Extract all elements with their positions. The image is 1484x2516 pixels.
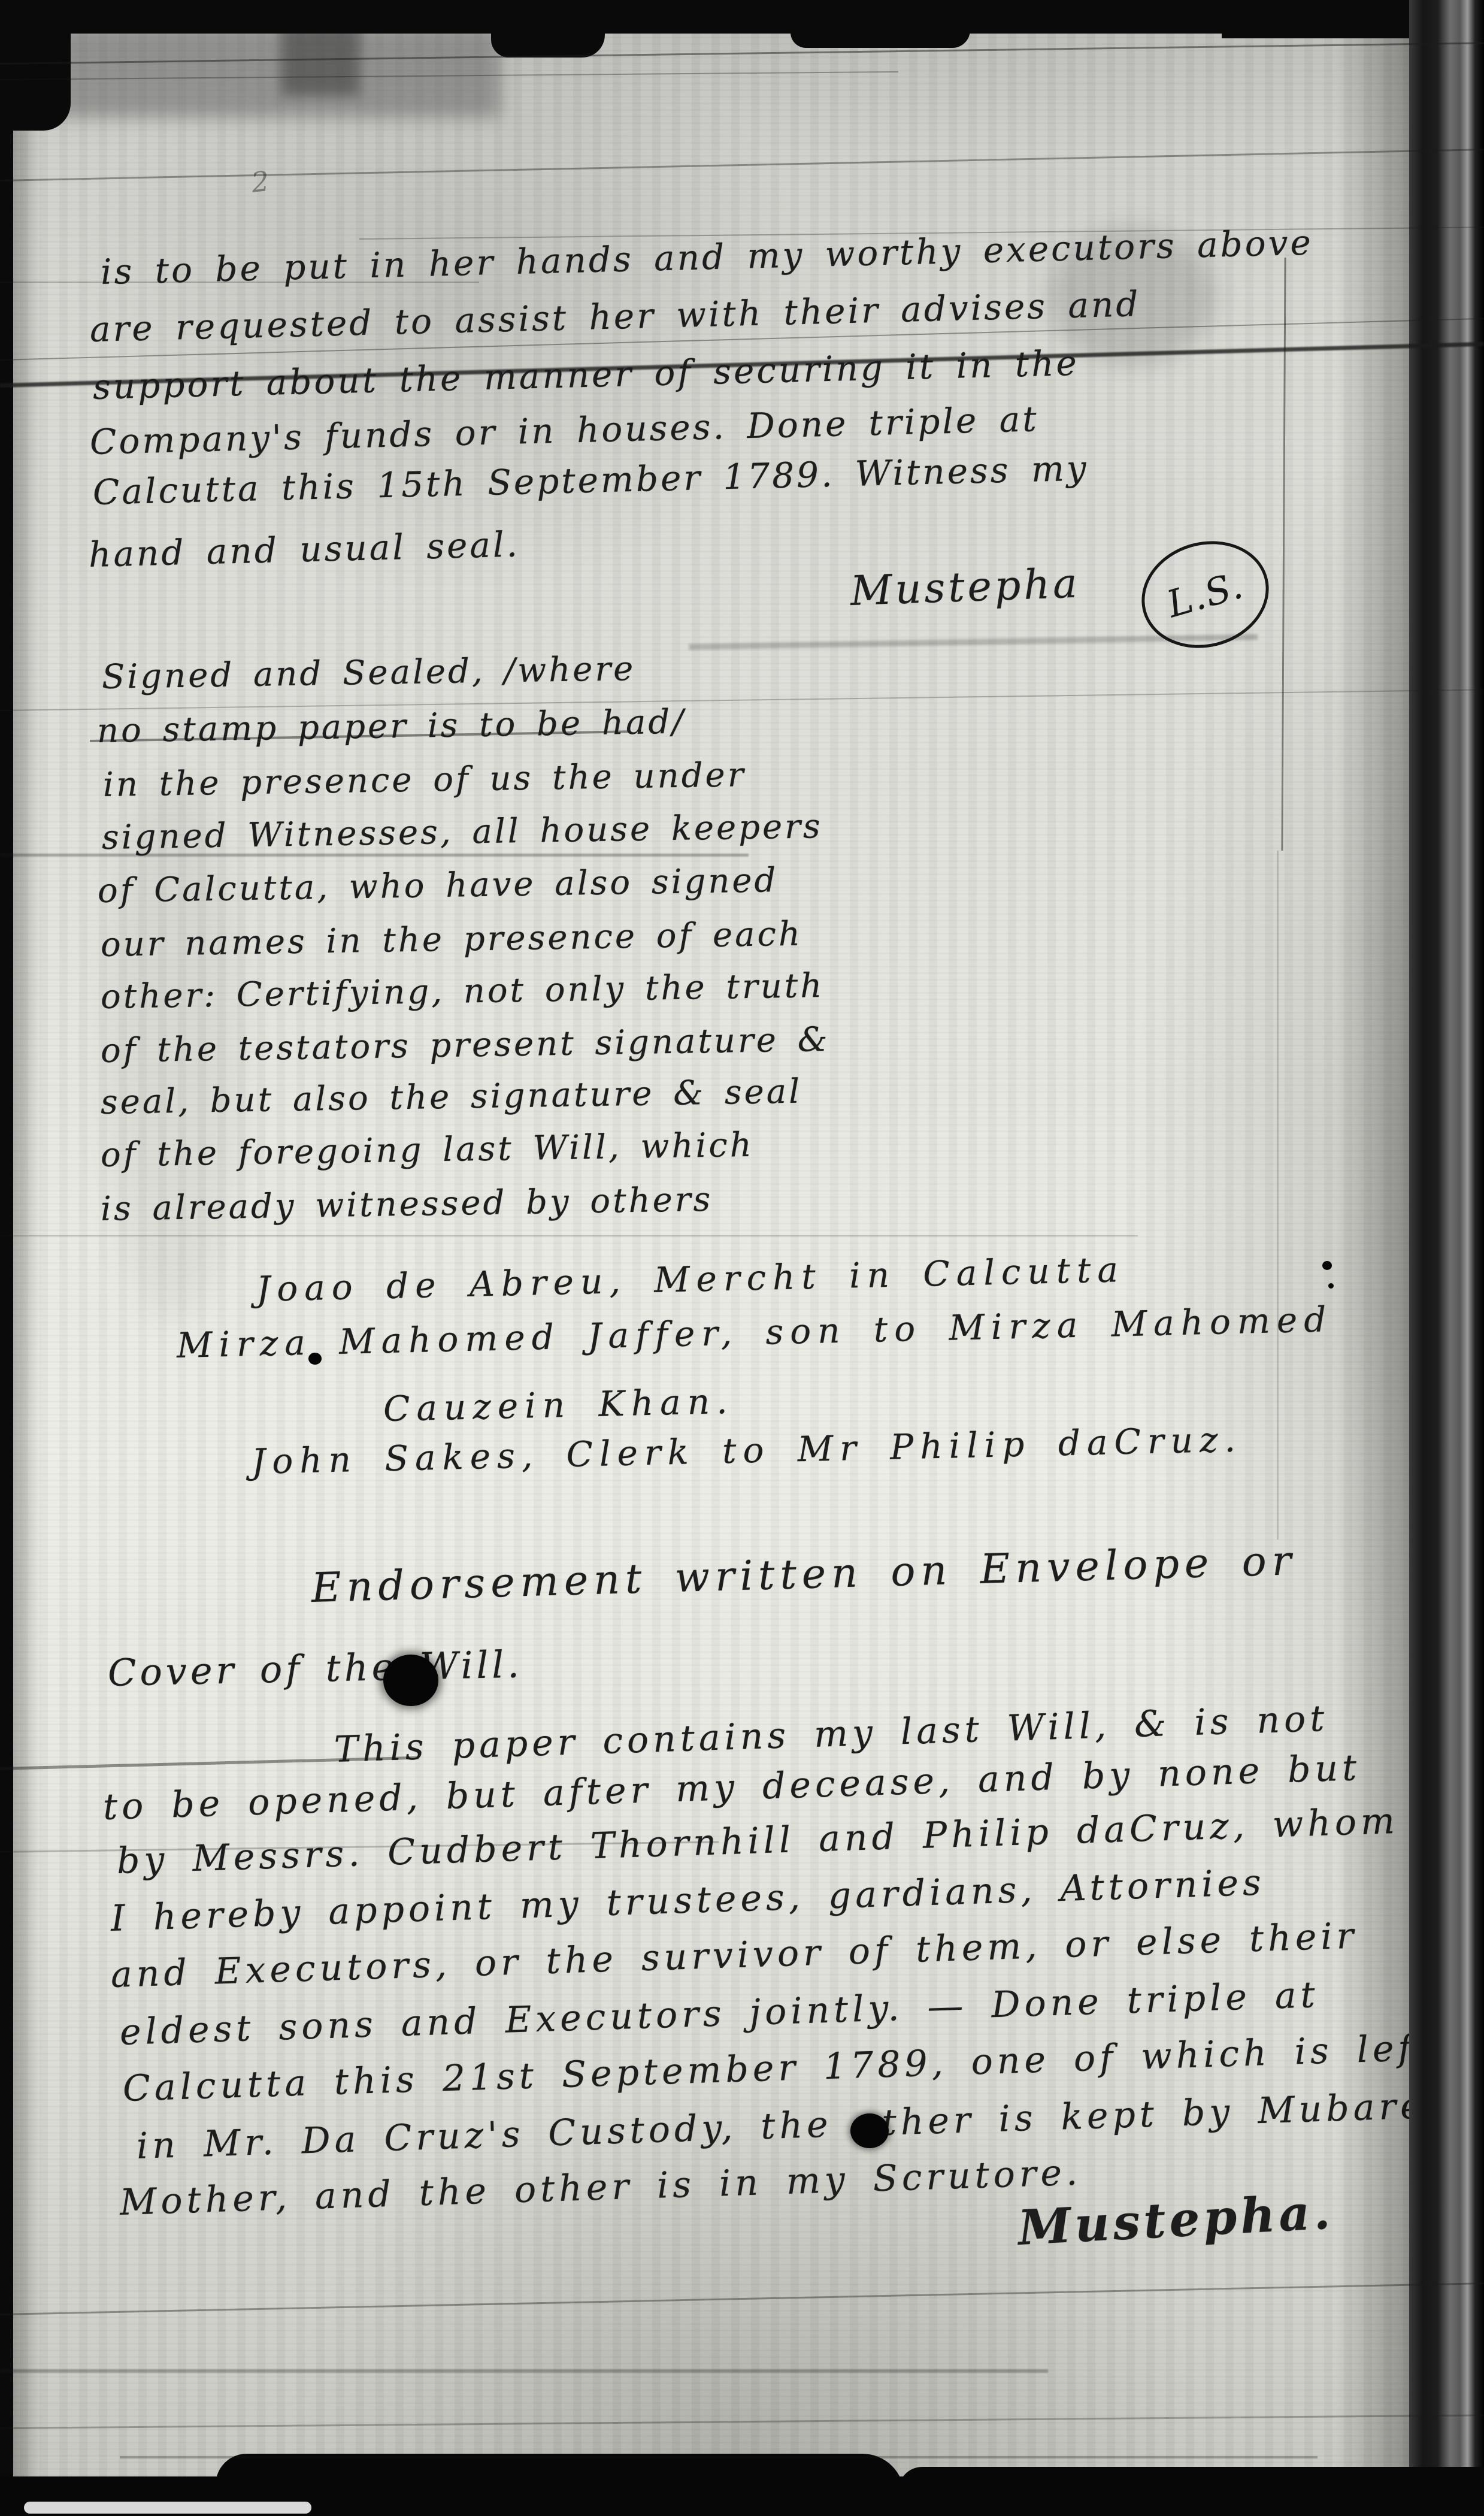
left-edge-shadow — [13, 0, 42, 2516]
binding-shadow — [1335, 0, 1409, 2516]
margin-rule-faint — [1277, 851, 1279, 1540]
film-edge-top-bump — [491, 0, 605, 58]
film-edge-left — [0, 0, 13, 2516]
film-edge-bottom-rise — [898, 2467, 1484, 2516]
ink-blot — [383, 1655, 438, 1706]
pencil-mark: 2 — [250, 165, 271, 199]
ink-blot — [850, 2113, 889, 2148]
ink-spot — [1322, 1261, 1332, 1270]
film-edge-bottom-blob — [216, 2454, 904, 2516]
scratch-line — [120, 2456, 1318, 2458]
scratch-line — [0, 854, 749, 857]
witness-line: Cauzein Khan. — [383, 1381, 734, 1429]
binding-edge-band — [1409, 0, 1484, 2516]
endorsement-heading-line: Cover of the Will. — [107, 1642, 523, 1694]
testator-signature: Mustepha — [850, 560, 1081, 615]
top-edge-shadow — [57, 28, 500, 117]
film-edge-top-bump — [791, 0, 970, 48]
scratch-line — [0, 2369, 1048, 2373]
scanned-manuscript-page: 2 is to be put in her hands and my worth… — [0, 0, 1484, 2516]
scratch-line — [0, 282, 479, 283]
bottom-light-leak — [24, 2502, 311, 2514]
scratch-line — [0, 1235, 1138, 1236]
ink-spot — [1328, 1283, 1334, 1289]
seal-label: L.S. — [1162, 563, 1248, 627]
ink-spot — [308, 1353, 322, 1365]
